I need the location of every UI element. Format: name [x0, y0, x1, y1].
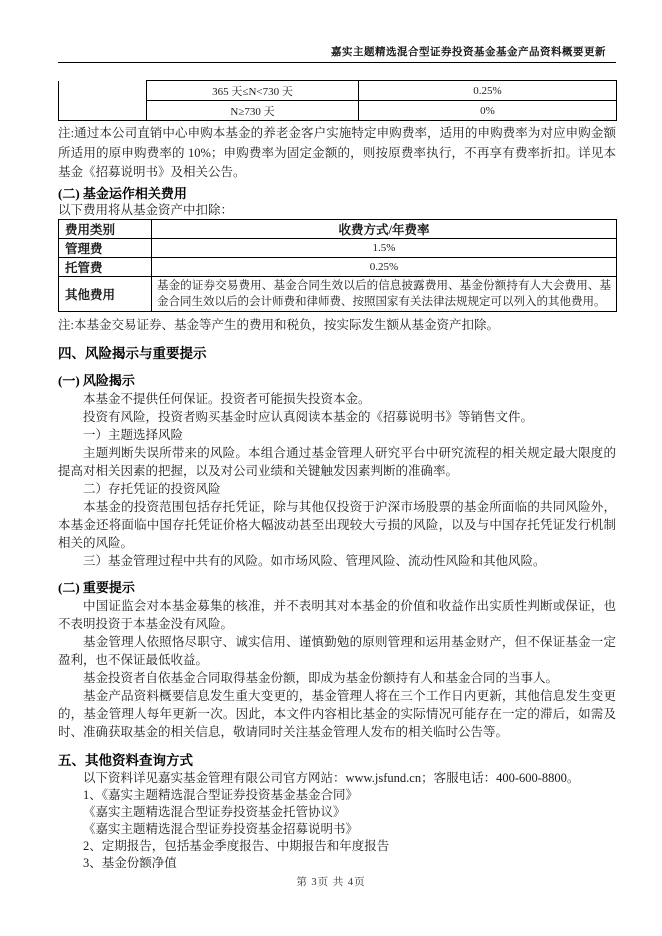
document-page: 嘉实主题精选混合型证券投资基金基金产品资料概要更新 365 天≤N<730 天 …	[0, 0, 662, 936]
risk-paragraph: 三）基金管理过程中共有的风险。如市场风险、管理风险、流动性风险和其他风险。	[58, 552, 616, 570]
table-row: 365 天≤N<730 天 0.25%	[59, 81, 617, 101]
redemption-fee-note: 注:通过本公司直销中心申购本基金的养老金客户实施特定申购费率，适用的申购费率为对…	[58, 124, 616, 183]
list-item: 1、《嘉实主题精选混合型证券投资基金基金合同》	[58, 787, 616, 804]
rate-cell: 0%	[359, 101, 617, 121]
operation-fee-note: 注:本基金交易证券、基金等产生的费用和税负，按实际发生额从基金资产扣除。	[58, 316, 616, 334]
operation-fees-intro: 以下费用将从基金资产中扣除：	[58, 202, 616, 219]
list-item: 3、基金份额净值	[58, 855, 616, 872]
list-item: 《嘉实主题精选混合型证券投资基金招募说明书》	[58, 821, 616, 838]
risk-paragraph: 主题判断失误所带来的风险。本组合通过基金管理人研究平台中研究流程的相关规定最大限…	[58, 444, 616, 480]
document-content: 嘉实主题精选混合型证券投资基金基金产品资料概要更新 365 天≤N<730 天 …	[58, 0, 616, 872]
rate-cell: 0.25%	[359, 81, 617, 101]
notice-paragraph: 基金产品资料概要信息发生重大变更的，基金管理人将在三个工作日内更新，其他信息发生…	[58, 687, 616, 741]
subsection-heading-important-notice: (二) 重要提示	[58, 578, 616, 597]
list-item: 2、定期报告，包括基金季度报告、中期报告和年度报告	[58, 838, 616, 855]
table-header-row: 费用类别 收费方式/年费率	[59, 219, 617, 238]
other-info-line: 以下资料详见嘉实基金管理有限公司官方网站：www.jsfund.cn；客服电话：…	[58, 770, 616, 787]
fee-value-other: 基金的证券交易费用、基金合同生效以后的信息披露费用、基金份额持有人大会费用、基金…	[152, 276, 617, 311]
table-row: 其他费用 基金的证券交易费用、基金合同生效以后的信息披露费用、基金份额持有人大会…	[59, 276, 617, 311]
column-header-category: 费用类别	[59, 219, 152, 238]
document-title: 嘉实主题精选混合型证券投资基金基金产品资料概要更新	[331, 44, 606, 59]
risk-paragraph: 本基金不提供任何保证。投资者可能损失投资本金。	[58, 390, 616, 408]
risk-paragraph: 二）存托凭证的投资风险	[58, 480, 616, 498]
operation-fee-table: 费用类别 收费方式/年费率 管理费 1.5% 托管费 0.25% 其他费用 基金…	[58, 219, 617, 312]
risk-paragraph: 投资有风险，投资者购买基金时应认真阅读本基金的《招募说明书》等销售文件。	[58, 408, 616, 426]
fee-value: 1.5%	[152, 238, 617, 257]
fee-label: 托管费	[59, 257, 152, 276]
holding-period-cell: 365 天≤N<730 天	[147, 81, 359, 101]
subsection-heading-risk-disclosure: (一) 风险揭示	[58, 371, 616, 390]
table-row: 管理费 1.5%	[59, 238, 617, 257]
column-header-method: 收费方式/年费率	[152, 219, 617, 238]
notice-paragraph: 基金管理人依照恪尽职守、诚实信用、谨慎勤勉的原则管理和运用基金财产，但不保证基金…	[58, 633, 616, 669]
page-number: 第 3页 共 4页	[0, 874, 662, 889]
holding-period-cell: N≥730 天	[147, 101, 359, 121]
risk-paragraph: 一）主题选择风险	[58, 426, 616, 444]
section-heading-other-info: 五、其他资料查询方式	[58, 751, 616, 770]
notice-paragraph: 中国证监会对本基金募集的核准，并不表明其对本基金的价值和收益作出实质性判断或保证…	[58, 597, 616, 633]
list-item: 《嘉实主题精选混合型证券投资基金托管协议》	[58, 804, 616, 821]
risk-paragraph: 本基金的投资范围包括存托凭证，除与其他仅投资于沪深市场股票的基金所面临的共同风险…	[58, 498, 616, 552]
fee-label: 其他费用	[59, 276, 152, 311]
fee-value: 0.25%	[152, 257, 617, 276]
notice-paragraph: 基金投资者自依基金合同取得基金份额，即成为基金份额持有人和基金合同的当事人。	[58, 669, 616, 687]
redemption-fee-table: 365 天≤N<730 天 0.25% N≥730 天 0%	[58, 80, 617, 121]
table-row: 托管费 0.25%	[59, 257, 617, 276]
section-heading-risk: 四、风险揭示与重要提示	[58, 344, 616, 363]
section-heading-operation-fees: (二) 基金运作相关费用	[58, 185, 616, 202]
page-header: 嘉实主题精选混合型证券投资基金基金产品资料概要更新	[58, 0, 616, 63]
merged-empty-cell	[59, 81, 147, 121]
fee-label: 管理费	[59, 238, 152, 257]
